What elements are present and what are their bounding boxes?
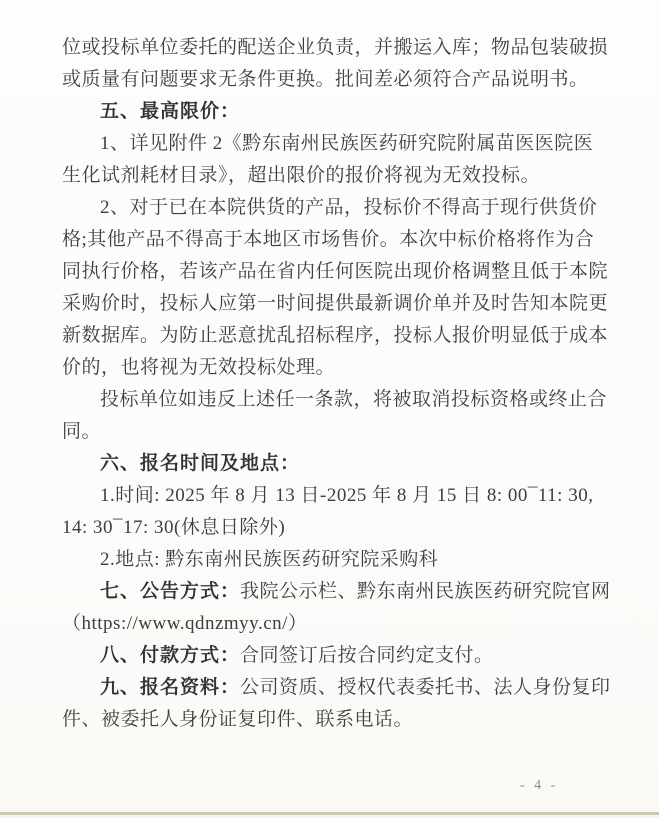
line-text: 件、被委托人身份证复印件、联系电话。 — [62, 709, 413, 730]
section-heading: 九、报名资料： — [100, 677, 240, 698]
line-text: 新数据库。为防止恶意扰乱招标程序，投标人报价明显低于成本 — [62, 325, 608, 346]
line-text: 格;其他产品不得高于本地区市场售价。本次中标价格将作为合 — [62, 229, 594, 250]
line-text: 2.地点: 黔东南州民族医药研究院采购科 — [100, 549, 438, 570]
section-heading: 七、公告方式： — [100, 581, 240, 602]
line-text: 投标单位如违反上述任一条款，将被取消投标资格或终止合 — [100, 389, 607, 410]
document-line: 采购价时，投标人应第一时间提供最新调价单并及时告知本院更 — [62, 288, 624, 320]
line-text: 同执行价格，若该产品在省内任何医院出现价格调整且低于本院 — [62, 261, 608, 282]
document-line: 2、对于已在本院供货的产品，投标价不得高于现行供货价 — [62, 192, 624, 224]
line-text: 2、对于已在本院供货的产品，投标价不得高于现行供货价 — [100, 197, 598, 218]
page-number: - 4 - — [520, 778, 558, 794]
line-text: 合同签订后按合同约定支付。 — [240, 645, 494, 666]
line-text: 1、详见附件 2《黔东南州民族医药研究院附属苗医医院医 — [100, 133, 593, 154]
document-page: 位或投标单位委托的配送企业负责，并搬运入库；物品包装破损或质量有问题要求无条件更… — [0, 0, 659, 818]
section-heading: 八、付款方式： — [100, 645, 240, 666]
section-heading-line: 七、公告方式：我院公示栏、黔东南州民族医药研究院官网 — [62, 576, 624, 608]
section-heading-line: 八、付款方式：合同签订后按合同约定支付。 — [62, 640, 624, 672]
line-text: 我院公示栏、黔东南州民族医药研究院官网 — [240, 581, 611, 602]
section-heading-line: 九、报名资料：公司资质、授权代表委托书、法人身份复印 — [62, 672, 624, 704]
document-line: 1.时间: 2025 年 8 月 13 日-2025 年 8 月 15 日 8:… — [62, 480, 624, 512]
line-text: （https://www.qdnzmyy.cn/） — [62, 613, 307, 634]
line-text: 同。 — [62, 421, 101, 442]
line-text: 公司资质、授权代表委托书、法人身份复印 — [240, 677, 611, 698]
section-heading-line: 五、最高限价： — [62, 96, 624, 128]
document-line: 新数据库。为防止恶意扰乱招标程序，投标人报价明显低于成本 — [62, 320, 624, 352]
line-text: 或质量有问题要求无条件更换。批间差必须符合产品说明书。 — [62, 69, 589, 90]
document-line: 同。 — [62, 416, 624, 448]
line-text: 价的，也将视为无效投标处理。 — [62, 357, 335, 378]
document-line: 位或投标单位委托的配送企业负责，并搬运入库；物品包装破损 — [62, 32, 624, 64]
section-heading-line: 六、报名时间及地点： — [62, 448, 624, 480]
document-line: 或质量有问题要求无条件更换。批间差必须符合产品说明书。 — [62, 64, 624, 96]
line-text: 位或投标单位委托的配送企业负责，并搬运入库；物品包装破损 — [62, 37, 608, 58]
document-line: 投标单位如违反上述任一条款，将被取消投标资格或终止合 — [62, 384, 624, 416]
line-text: 1.时间: 2025 年 8 月 13 日-2025 年 8 月 15 日 8:… — [100, 485, 593, 506]
document-line: 生化试剂耗材目录》，超出限价的报价将视为无效投标。 — [62, 160, 624, 192]
line-text: 采购价时，投标人应第一时间提供最新调价单并及时告知本院更 — [62, 293, 608, 314]
document-line: 同执行价格，若该产品在省内任何医院出现价格调整且低于本院 — [62, 256, 624, 288]
document-body: 位或投标单位委托的配送企业负责，并搬运入库；物品包装破损或质量有问题要求无条件更… — [62, 32, 624, 736]
document-line: 件、被委托人身份证复印件、联系电话。 — [62, 704, 624, 736]
document-line: 14: 30¯17: 30(休息日除外) — [62, 512, 624, 544]
document-line: 2.地点: 黔东南州民族医药研究院采购科 — [62, 544, 624, 576]
line-text: 生化试剂耗材目录》，超出限价的报价将视为无效投标。 — [62, 165, 540, 186]
document-line: 价的，也将视为无效投标处理。 — [62, 352, 624, 384]
section-heading: 五、最高限价： — [100, 101, 240, 122]
document-line: 格;其他产品不得高于本地区市场售价。本次中标价格将作为合 — [62, 224, 624, 256]
line-text: 14: 30¯17: 30(休息日除外) — [62, 517, 285, 538]
document-line: 1、详见附件 2《黔东南州民族医药研究院附属苗医医院医 — [62, 128, 624, 160]
document-line: （https://www.qdnzmyy.cn/） — [62, 608, 624, 640]
section-heading: 六、报名时间及地点： — [100, 453, 300, 474]
